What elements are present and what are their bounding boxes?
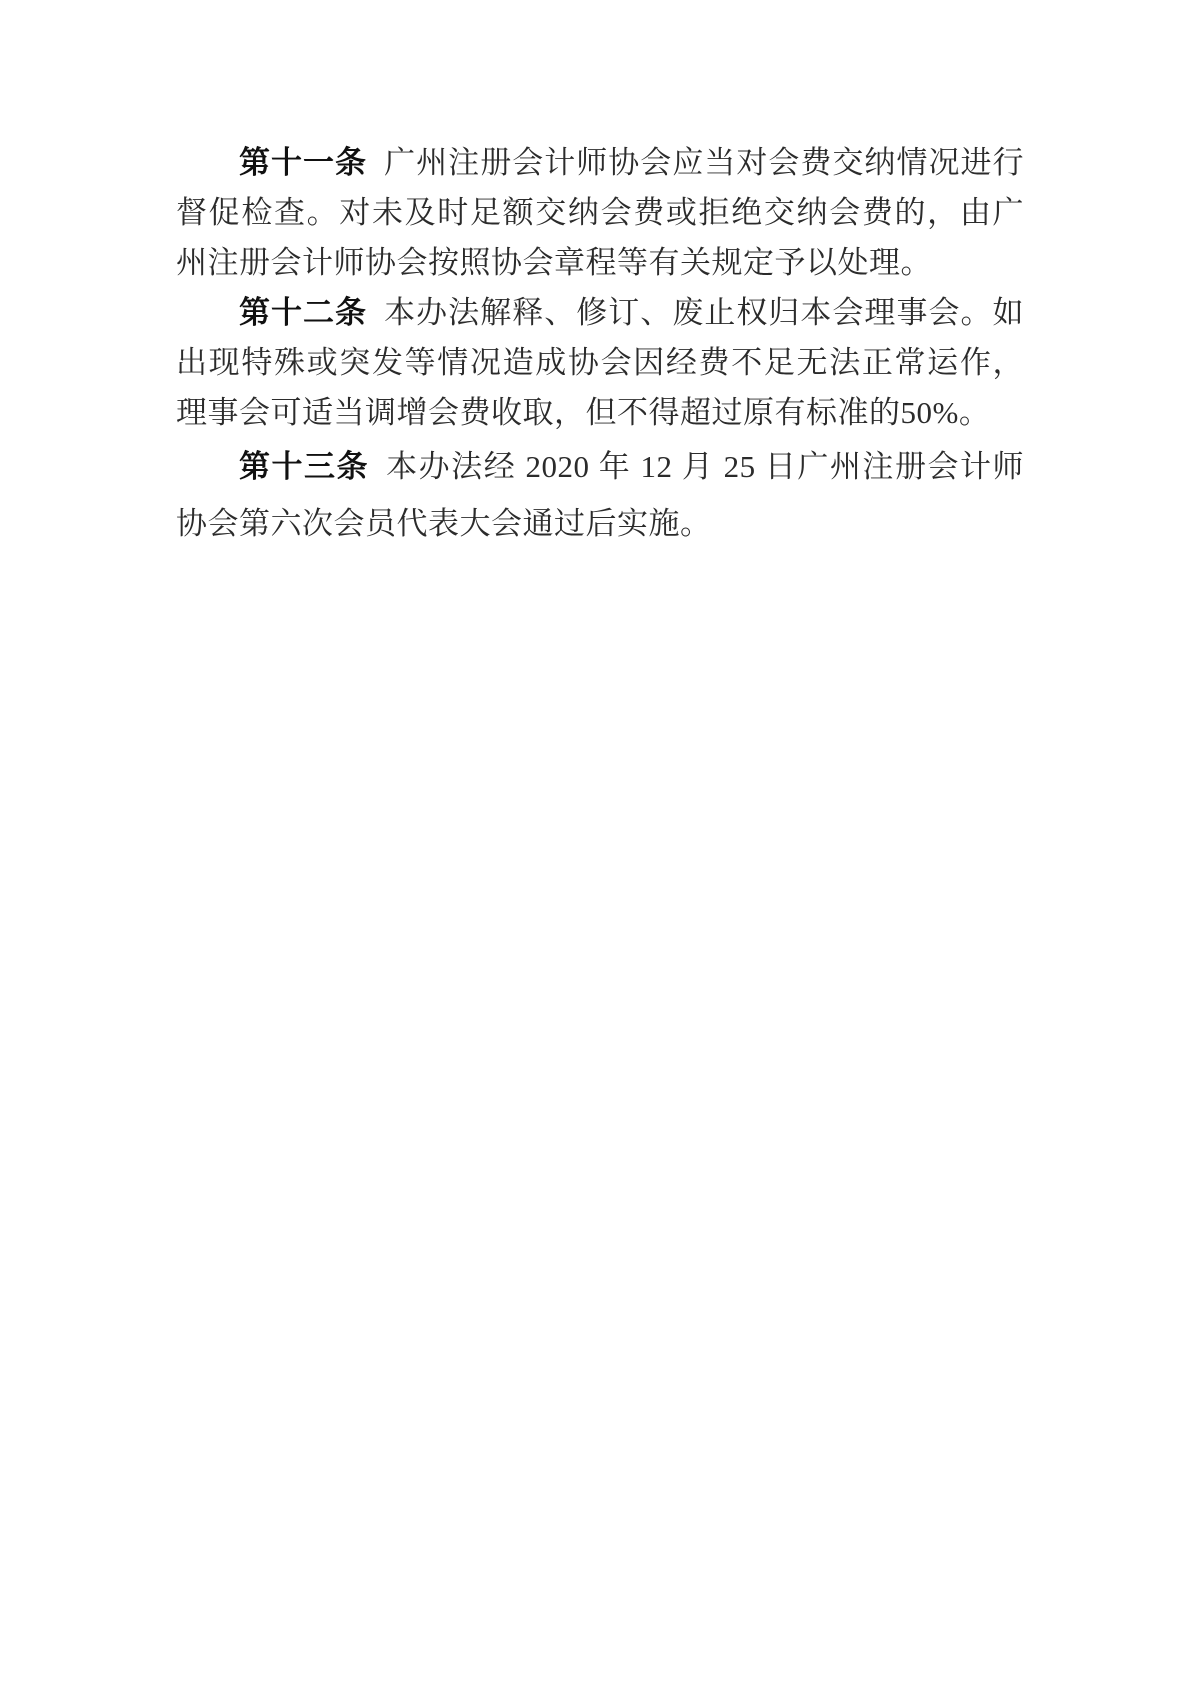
- article-13-paragraph: 第十三条本办法经 2020 年 12 月 25 日广州注册会计师协会第六次会员代…: [176, 438, 1024, 552]
- document-page: 第十一条广州注册会计师协会应当对会费交纳情况进行督促检查。对未及时足额交纳会费或…: [0, 0, 1199, 1696]
- article-12-number: 第十二条: [239, 295, 384, 330]
- article-11-number: 第十一条: [239, 145, 384, 180]
- article-13-number: 第十三条: [239, 449, 386, 484]
- document-content: 第十一条广州注册会计师协会应当对会费交纳情况进行督促检查。对未及时足额交纳会费或…: [176, 138, 1024, 552]
- article-12-paragraph: 第十二条本办法解释、修订、废止权归本会理事会。如出现特殊或突发等情况造成协会因经…: [176, 288, 1024, 438]
- article-11-paragraph: 第十一条广州注册会计师协会应当对会费交纳情况进行督促检查。对未及时足额交纳会费或…: [176, 138, 1024, 288]
